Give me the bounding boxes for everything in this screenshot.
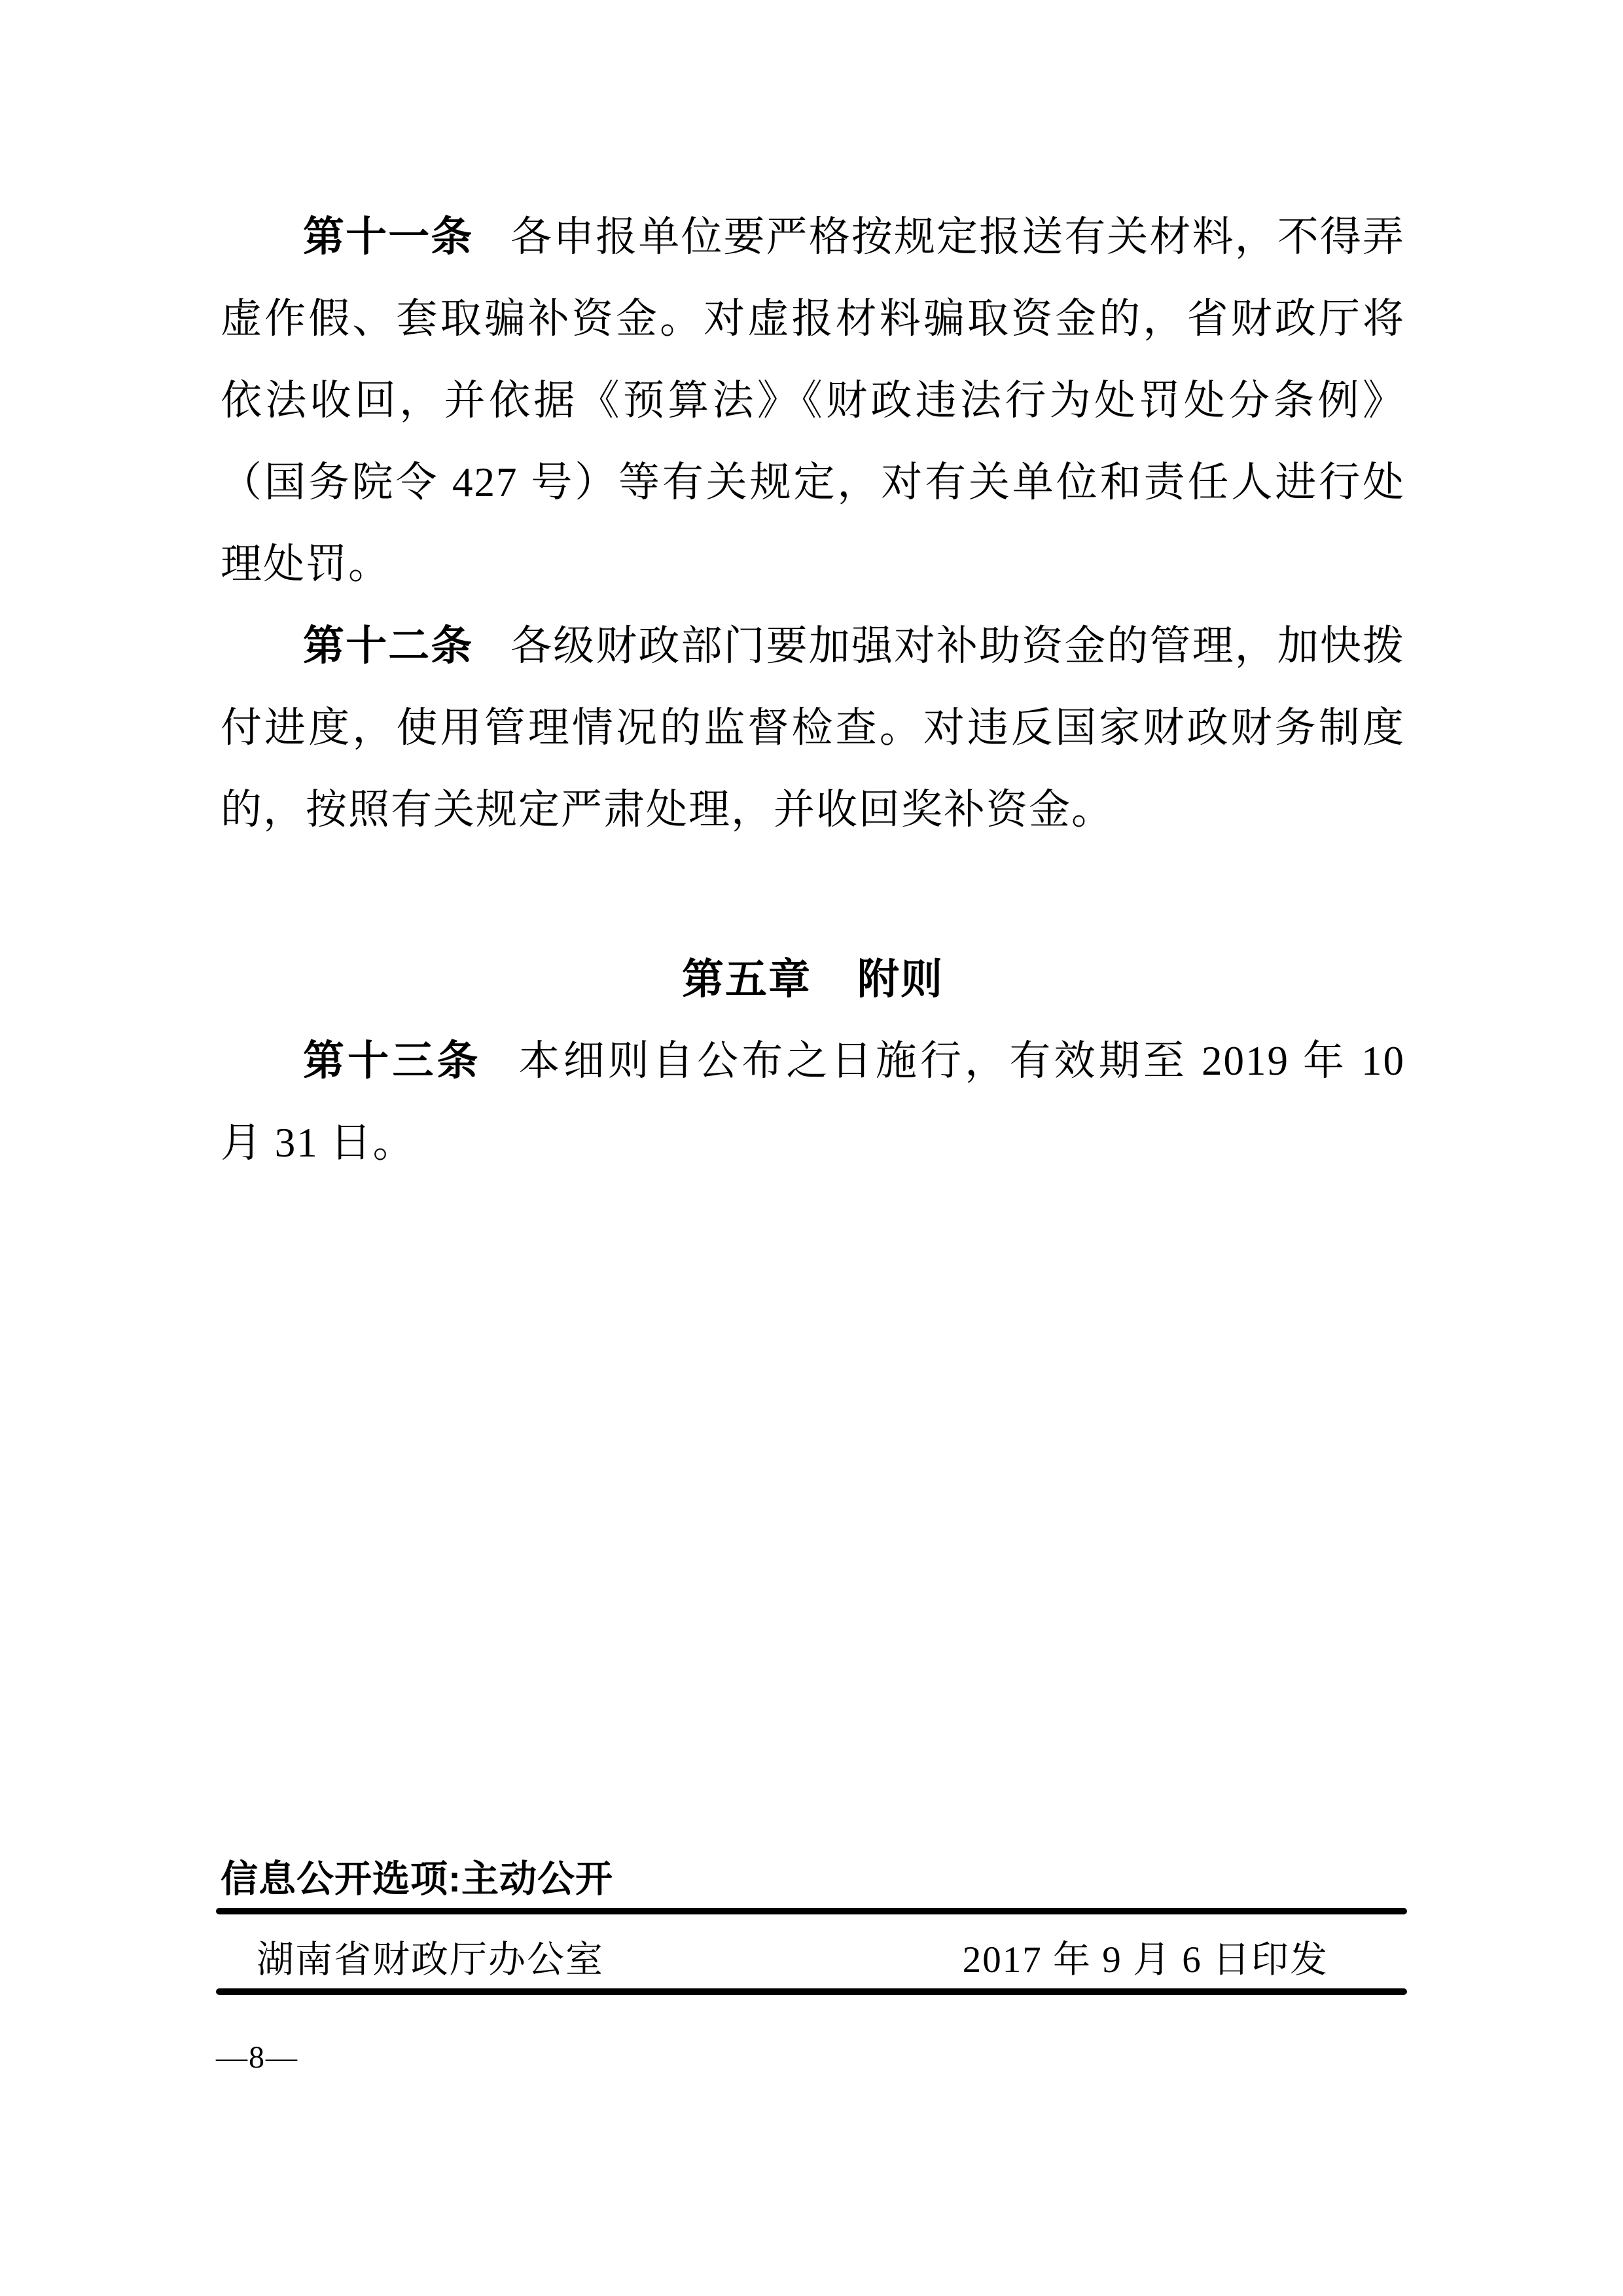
chapter-number: 第五章 xyxy=(682,956,811,1003)
article-11-text: 各申报单位要严格按规定报送有关材料，不得弄虚作假、套取骗补资金。对虚报材料骗取资… xyxy=(221,214,1405,587)
article-12-paragraph: 第十二条各级财政部门要加强对补助资金的管理，加快拨付进度，使用管理情况的监督检查… xyxy=(221,605,1405,851)
document-page: 第十一条各申报单位要严格按规定报送有关材料，不得弄虚作假、套取骗补资金。对虚报材… xyxy=(0,0,1623,2296)
chapter-heading: 第五章附则 xyxy=(221,939,1405,1020)
document-footer: 信息公开选项:主动公开 湖南省财政厅办公室 2017 年 9 月 6 日印发 —… xyxy=(216,1857,1407,2119)
article-12-number: 第十二条 xyxy=(303,623,473,669)
footer-divider-top xyxy=(216,1908,1407,1914)
issuer-row: 湖南省财政厅办公室 2017 年 9 月 6 日印发 xyxy=(216,1939,1407,1982)
article-13-paragraph: 第十三条本细则自公布之日施行，有效期至 2019 年 10 月 31 日。 xyxy=(221,1020,1405,1184)
print-date: 2017 年 9 月 6 日印发 xyxy=(963,1939,1329,1982)
footer-divider-bottom xyxy=(216,1988,1407,1995)
disclosure-note: 信息公开选项:主动公开 xyxy=(221,1857,613,1901)
issuing-office: 湖南省财政厅办公室 xyxy=(257,1939,604,1982)
article-11-number: 第十一条 xyxy=(303,214,473,260)
page-number: —8— xyxy=(216,2039,298,2076)
article-13-number: 第十三条 xyxy=(303,1038,482,1084)
article-11-paragraph: 第十一条各申报单位要严格按规定报送有关材料，不得弄虚作假、套取骗补资金。对虚报材… xyxy=(221,196,1405,605)
document-body: 第十一条各申报单位要严格按规定报送有关材料，不得弄虚作假、套取骗补资金。对虚报材… xyxy=(221,196,1405,1184)
chapter-title: 附则 xyxy=(857,956,944,1003)
